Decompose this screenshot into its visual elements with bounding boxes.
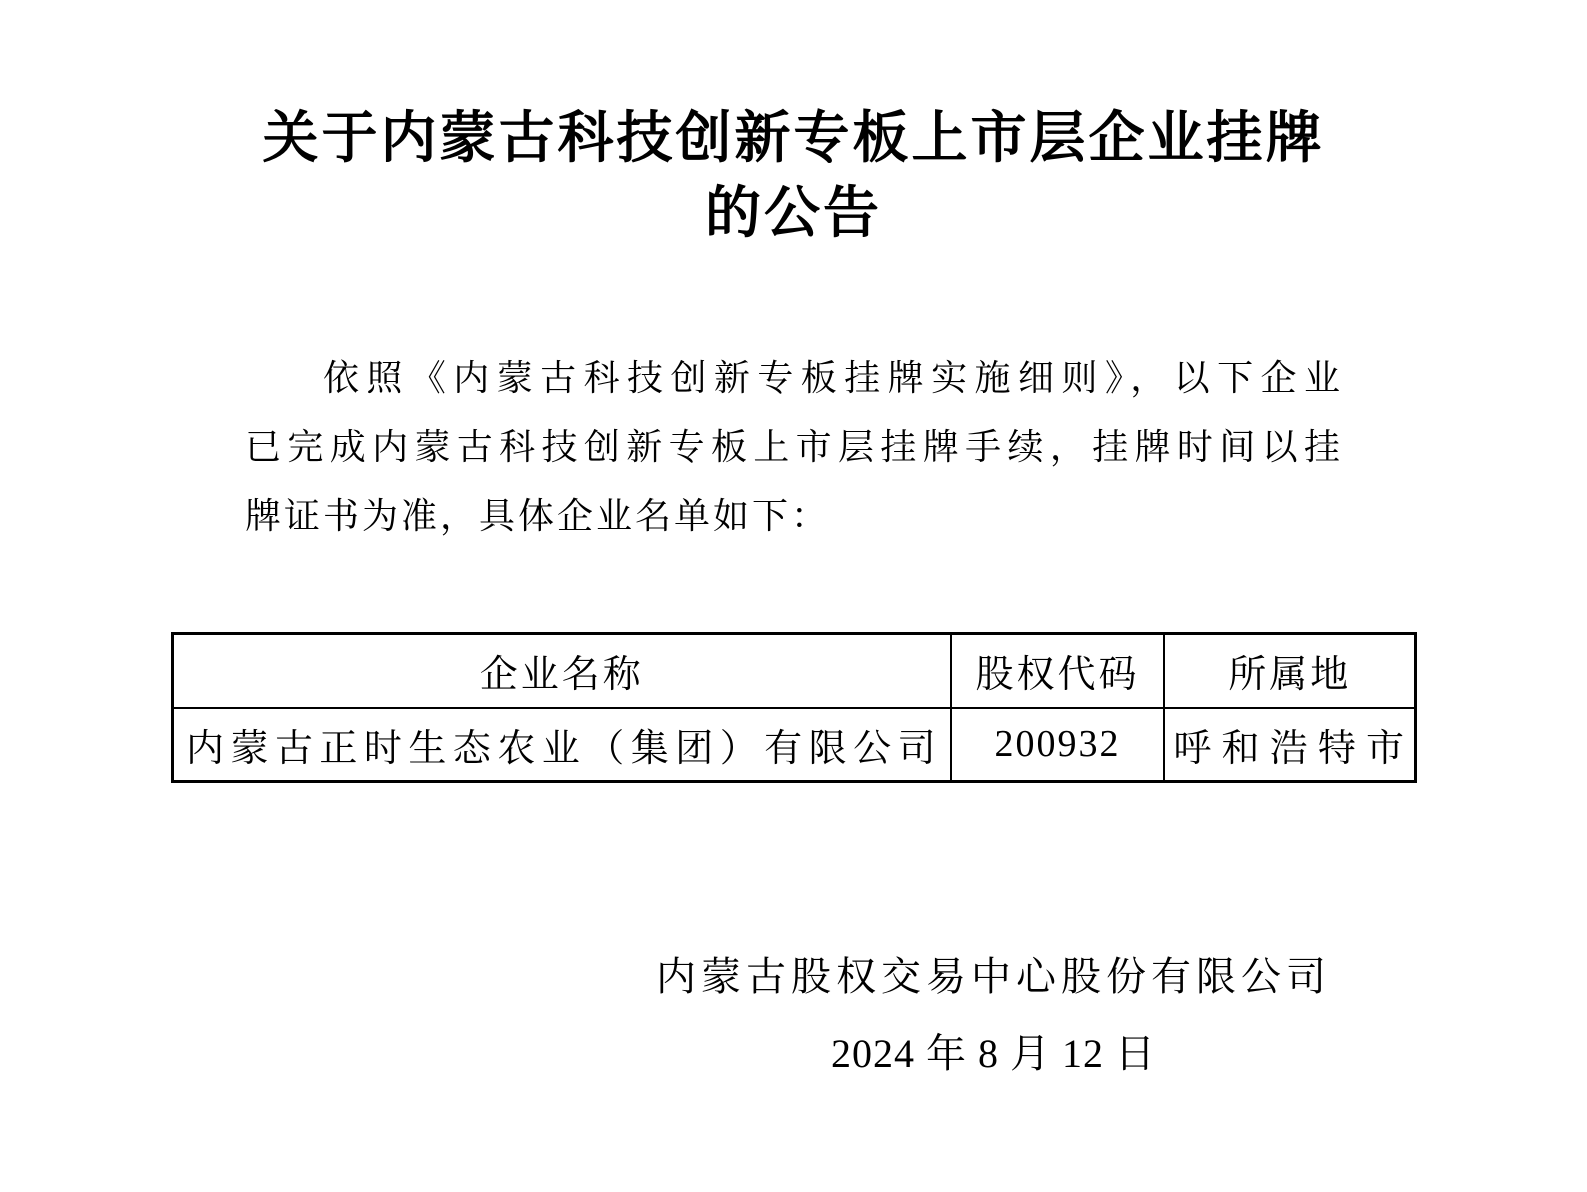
issue-date: 2024 年 8 月 12 日 — [400, 1015, 1587, 1092]
column-header-company-name: 企业名称 — [173, 634, 951, 708]
table-header-row: 企业名称 股权代码 所属地 — [173, 634, 1416, 708]
signature-block: 内蒙古股权交易中心股份有限公司 2024 年 8 月 12 日 — [400, 938, 1587, 1092]
title-line-1: 关于内蒙古科技创新专板上市层企业挂牌 — [0, 102, 1587, 177]
page-title: 关于内蒙古科技创新专板上市层企业挂牌 的公告 — [0, 102, 1587, 252]
equity-code-cell: 200932 — [951, 708, 1165, 782]
table-row: 内蒙古正时生态农业（集团）有限公司 200932 呼和浩特市 — [173, 708, 1416, 782]
body-line-2: 已完成内蒙古科技创新专板上市层挂牌手续，挂牌时间以挂 — [245, 413, 1343, 482]
title-line-2: 的公告 — [0, 177, 1587, 252]
issuer-name: 内蒙古股权交易中心股份有限公司 — [400, 938, 1587, 1015]
announcement-body: 依照《内蒙古科技创新专板挂牌实施细则》，以下企业 已完成内蒙古科技创新专板上市层… — [245, 344, 1343, 551]
column-header-equity-code: 股权代码 — [951, 634, 1165, 708]
company-name-cell: 内蒙古正时生态农业（集团）有限公司 — [173, 708, 951, 782]
body-line-1: 依照《内蒙古科技创新专板挂牌实施细则》，以下企业 — [245, 344, 1343, 413]
announcement-page: 关于内蒙古科技创新专板上市层企业挂牌 的公告 依照《内蒙古科技创新专板挂牌实施细… — [0, 0, 1587, 1192]
location-cell: 呼和浩特市 — [1164, 708, 1415, 782]
body-line-3: 牌证书为准，具体企业名单如下： — [245, 482, 1343, 551]
column-header-location: 所属地 — [1164, 634, 1415, 708]
companies-table: 企业名称 股权代码 所属地 内蒙古正时生态农业（集团）有限公司 200932 呼… — [171, 632, 1417, 783]
